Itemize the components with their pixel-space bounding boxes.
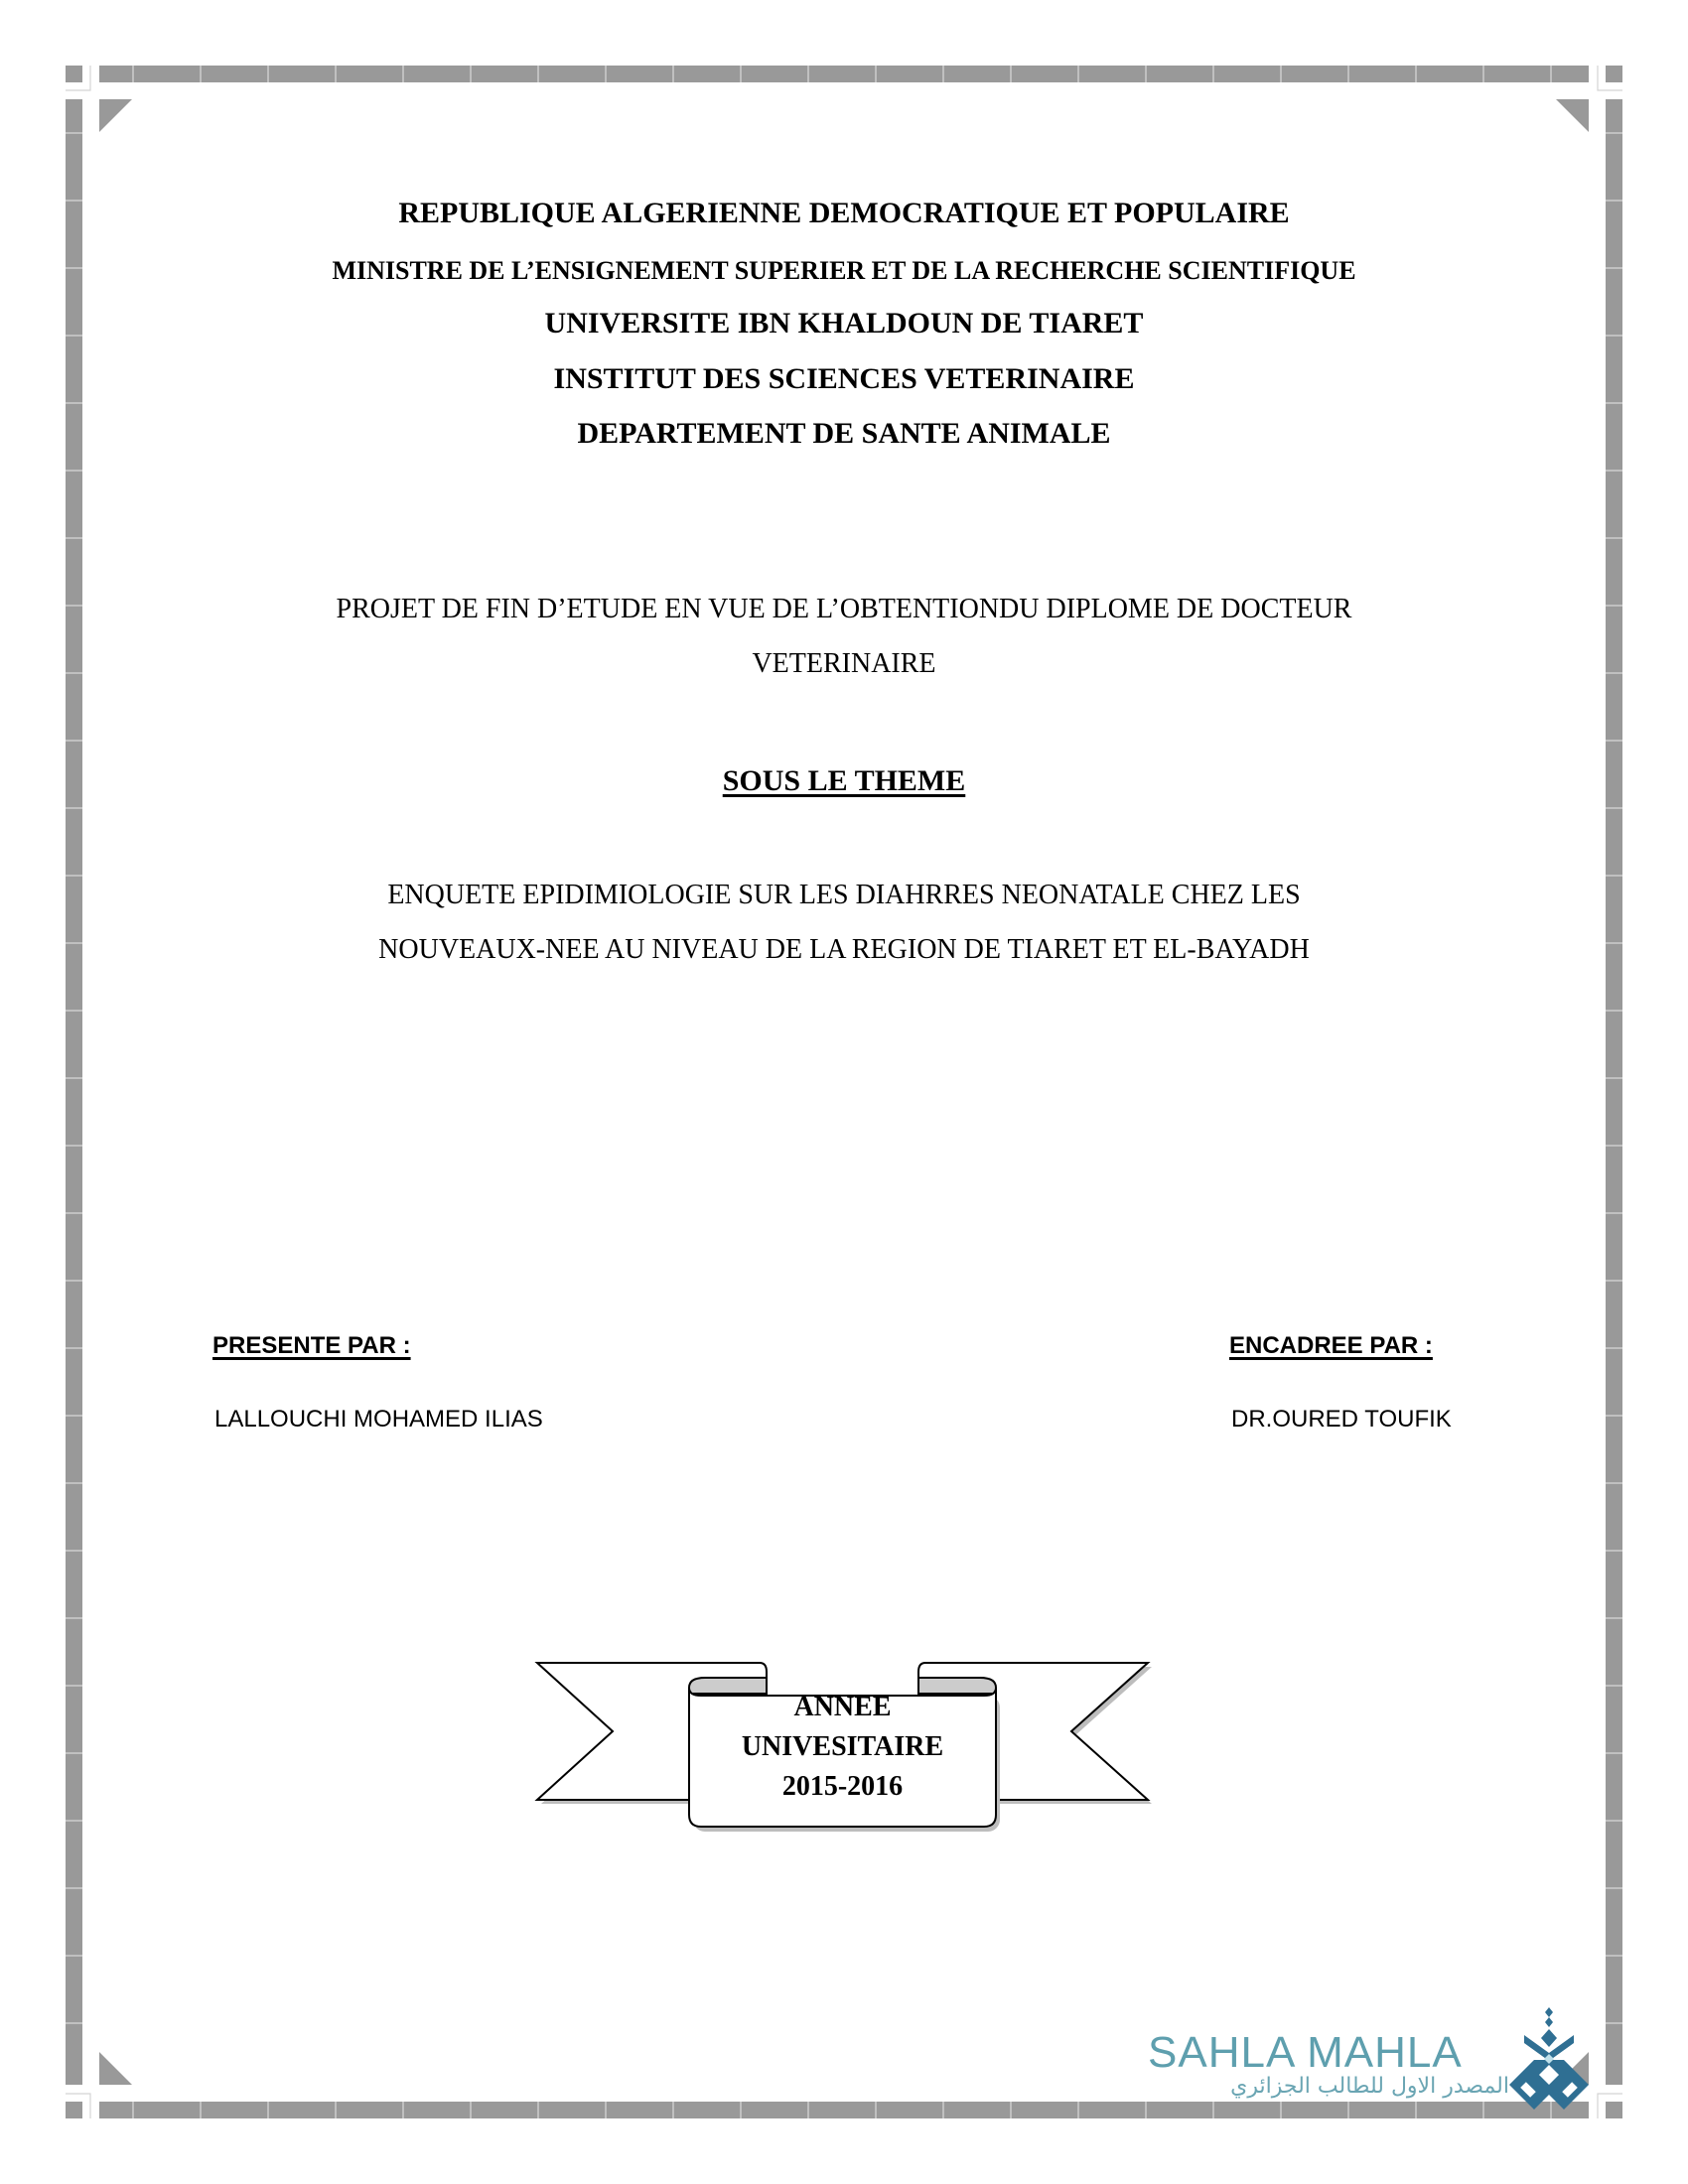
institute-heading: INSTITUT DES SCIENCES VETERINAIRE (0, 362, 1688, 396)
theme-line-2: NOUVEAUX-NEE AU NIVEAU DE LA REGION DE T… (0, 934, 1688, 966)
academic-year-line-3: 2015-2016 (689, 1767, 996, 1807)
academic-year-line-1: ANNEE (689, 1688, 996, 1727)
academic-year-label: ANNEE UNIVESITAIRE 2015-2016 (689, 1688, 996, 1807)
corner-triangle-top-right (1556, 99, 1589, 132)
republic-heading: REPUBLIQUE ALGERIENNE DEMOCRATIQUE ET PO… (0, 197, 1688, 230)
department-heading: DEPARTEMENT DE SANTE ANIMALE (0, 417, 1688, 451)
theme-line-1: ENQUETE EPIDIMIOLOGIE SUR LES DIAHRRES N… (0, 880, 1688, 911)
watermark-name: SAHLA MAHLA (1148, 2031, 1463, 2075)
corner-triangle-bottom-left (99, 2052, 132, 2085)
theme-heading-row: SOUS LE THEME (0, 764, 1688, 798)
ministry-heading: MINISTRE DE L’ENSIGNEMENT SUPERIER ET DE… (0, 256, 1688, 286)
supervisor-name: DR.OURED TOUFIK (1231, 1406, 1452, 1433)
sahla-mahla-logo-icon (1504, 2005, 1594, 2115)
student-name: LALLOUCHI MOHAMED ILIAS (214, 1406, 543, 1433)
supervised-by-label: ENCADREE PAR : (1229, 1332, 1433, 1360)
watermark-tagline: المصدر الاول للطالب الجزائري (1152, 2075, 1509, 2099)
corner-triangle-top-left (99, 99, 132, 132)
project-line-1: PROJET DE FIN D’ETUDE EN VUE DE L’OBTENT… (0, 594, 1688, 625)
theme-heading: SOUS LE THEME (723, 764, 966, 797)
presented-by-label: PRESENTE PAR : (212, 1332, 411, 1360)
academic-year-line-2: UNIVESITAIRE (689, 1727, 996, 1767)
project-line-2: VETERINAIRE (0, 648, 1688, 680)
university-heading: UNIVERSITE IBN KHALDOUN DE TIARET (0, 307, 1688, 341)
